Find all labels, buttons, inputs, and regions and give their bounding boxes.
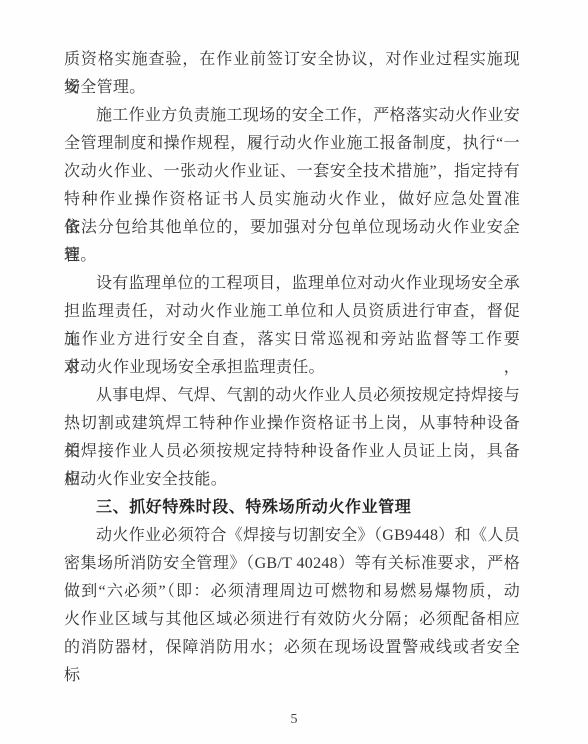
paragraph: 三、抓好特殊时段、特殊场所动火作业管理 xyxy=(64,494,520,522)
text-line: 全管理制度和操作规程，履行动火作业施工报备制度，执行“一 xyxy=(64,130,520,158)
text-line: 的消防器材，保障消防用水；必须在现场设置警戒线或者安全标 xyxy=(64,634,520,662)
text-line: 密集场所消防安全管理》（GB/T 40248）等有关标准要求，严格 xyxy=(64,550,520,578)
text-line: 质资格实施查验，在作业前签订安全协议，对作业过程实施现场 xyxy=(64,46,520,74)
text-block: 质资格实施查验，在作业前签订安全协议，对作业过程实施现场 安全管理。 施工作业方… xyxy=(64,46,520,662)
text-line: 施工作业方负责施工现场的安全工作，严格落实动火作业安 xyxy=(64,102,520,130)
text-line: 应动火作业安全技能。 xyxy=(64,466,520,494)
document-page: 质资格实施查验，在作业前签订安全协议，对作业过程实施现场 安全管理。 施工作业方… xyxy=(0,0,588,744)
text-line: 担监理责任，对动火作业施工单位和人员资质进行审查，督促施 xyxy=(64,298,520,326)
section-heading: 三、抓好特殊时段、特殊场所动火作业管理 xyxy=(64,494,520,522)
page-number: 5 xyxy=(0,712,588,728)
paragraph: 施工作业方负责施工现场的安全工作，严格落实动火作业安 全管理制度和操作规程，履行… xyxy=(64,102,520,270)
text-line: 从事电焊、气焊、气割的动火作业人员必须按规定持焊接与 xyxy=(64,382,520,410)
text-line: 工作业方进行安全自查，落实日常巡视和旁站监督等工作要求， xyxy=(64,326,520,354)
text-line: 安全管理。 xyxy=(64,74,520,102)
text-line: 设有监理单位的工程项目，监理单位对动火作业现场安全承 xyxy=(64,270,520,298)
text-line: 动火作业必须符合《焊接与切割安全》（GB9448）和《人员 xyxy=(64,522,520,550)
text-line: 关焊接作业人员必须按规定持特种设备作业人员证上岗，具备相 xyxy=(64,438,520,466)
paragraph: 动火作业必须符合《焊接与切割安全》（GB9448）和《人员 密集场所消防安全管理… xyxy=(64,522,520,662)
text-line: 特种作业操作资格证书人员实施动火作业，做好应急处置准备。 xyxy=(64,186,520,214)
text-line: 理。 xyxy=(64,242,520,270)
text-line: 次动火作业、一张动火作业证、一套安全技术措施”，指定持有 xyxy=(64,158,520,186)
text-line: 做到“六必须”（即：必须清理周边可燃物和易燃易爆物质，动 xyxy=(64,578,520,606)
text-line: 热切割或建筑焊工特种作业操作资格证书上岗，从事特种设备相 xyxy=(64,410,520,438)
text-line: 依法分包给其他单位的，要加强对分包单位现场动火作业安全管 xyxy=(64,214,520,242)
paragraph: 设有监理单位的工程项目，监理单位对动火作业现场安全承 担监理责任，对动火作业施工… xyxy=(64,270,520,382)
text-line: 火作业区域与其他区域必须进行有效防火分隔；必须配备相应 xyxy=(64,606,520,634)
paragraph: 质资格实施查验，在作业前签订安全协议，对作业过程实施现场 安全管理。 xyxy=(64,46,520,102)
paragraph: 从事电焊、气焊、气割的动火作业人员必须按规定持焊接与 热切割或建筑焊工特种作业操… xyxy=(64,382,520,494)
